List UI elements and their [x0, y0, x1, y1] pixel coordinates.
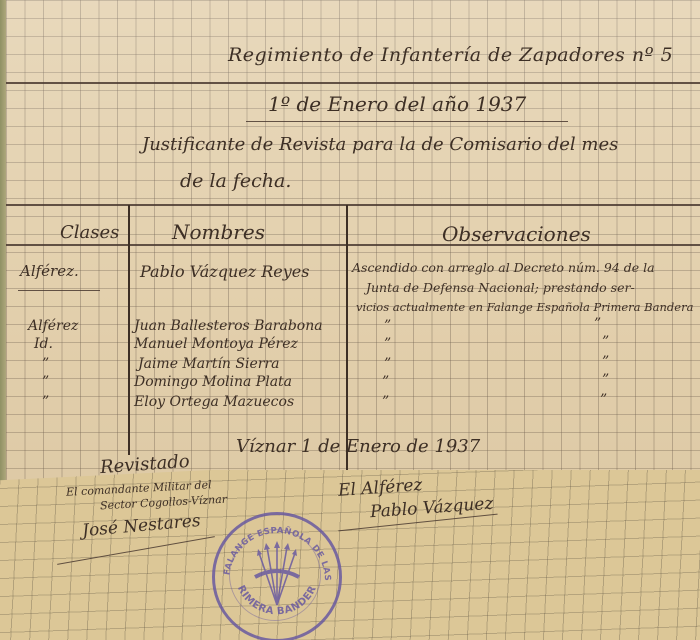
row-6-clase: ”	[42, 394, 49, 410]
regiment-title: Regimiento de Infantería de Zapadores nº…	[228, 44, 673, 66]
row-6-ditto-right: ”	[600, 392, 607, 408]
row-3-clase: Id.	[34, 336, 53, 352]
yoke-and-arrows-icon: MILICIAS FALANGE ESPAÑOLA DE LAS J.O.N.S…	[215, 515, 339, 639]
table-top-rule	[6, 204, 700, 206]
column-header-observaciones: Observaciones	[442, 222, 591, 246]
row-5-ditto-right: ”	[602, 372, 609, 388]
column-divider-1	[128, 205, 130, 455]
column-divider-2	[346, 205, 348, 470]
row-1-obs-line-2: Junta de Defensa Nacional; prestando ser…	[366, 280, 635, 295]
row-1-obs-line-3: vicios actualmente en Falange Española P…	[356, 300, 693, 314]
row-2-nombre: Juan Ballesteros Barabona	[134, 318, 323, 334]
row-3-ditto-left: ”	[384, 336, 391, 352]
date-line: 1º de Enero del año 1937	[268, 92, 526, 116]
column-header-nombres: Nombres	[172, 220, 265, 244]
column-header-clases: Clases	[60, 222, 119, 243]
row-6-nombre: Eloy Ortega Mazuecos	[134, 394, 294, 410]
row-4-ditto-left: ”	[384, 356, 391, 372]
place-date: Víznar 1 de Enero de 1937	[236, 436, 480, 457]
row-6-ditto-left: ”	[382, 394, 389, 410]
row-2-ditto-left: ”	[384, 318, 391, 334]
row-5-ditto-left: ”	[382, 374, 389, 390]
row-2-clase: Alférez	[28, 318, 78, 334]
falange-stamp: MILICIAS FALANGE ESPAÑOLA DE LAS J.O.N.S…	[212, 512, 342, 640]
header-rule	[6, 82, 700, 84]
row-1-nombre: Pablo Vázquez Reyes	[140, 262, 309, 281]
table-header-rule	[6, 244, 700, 246]
row-1-obs-line-1: Ascendido con arreglo al Decreto núm. 94…	[352, 260, 655, 275]
date-underline	[246, 121, 568, 122]
row-5-clase: ”	[42, 374, 49, 390]
row-3-ditto-right: ”	[602, 334, 609, 350]
row-4-clase: ”	[42, 356, 49, 372]
row-1-clase-underline	[18, 290, 100, 291]
justification-line-1: Justificante de Revista para la de Comis…	[142, 134, 618, 155]
row-5-nombre: Domingo Molina Plata	[134, 374, 292, 390]
row-1-clase: Alférez.	[20, 262, 79, 280]
row-2-ditto-right: ”	[594, 316, 601, 332]
row-4-ditto-right: ”	[602, 354, 609, 370]
row-3-nombre: Manuel Montoya Pérez	[134, 336, 298, 352]
justification-line-2: de la fecha.	[180, 170, 291, 192]
row-4-nombre: Jaime Martín Sierra	[138, 356, 279, 372]
